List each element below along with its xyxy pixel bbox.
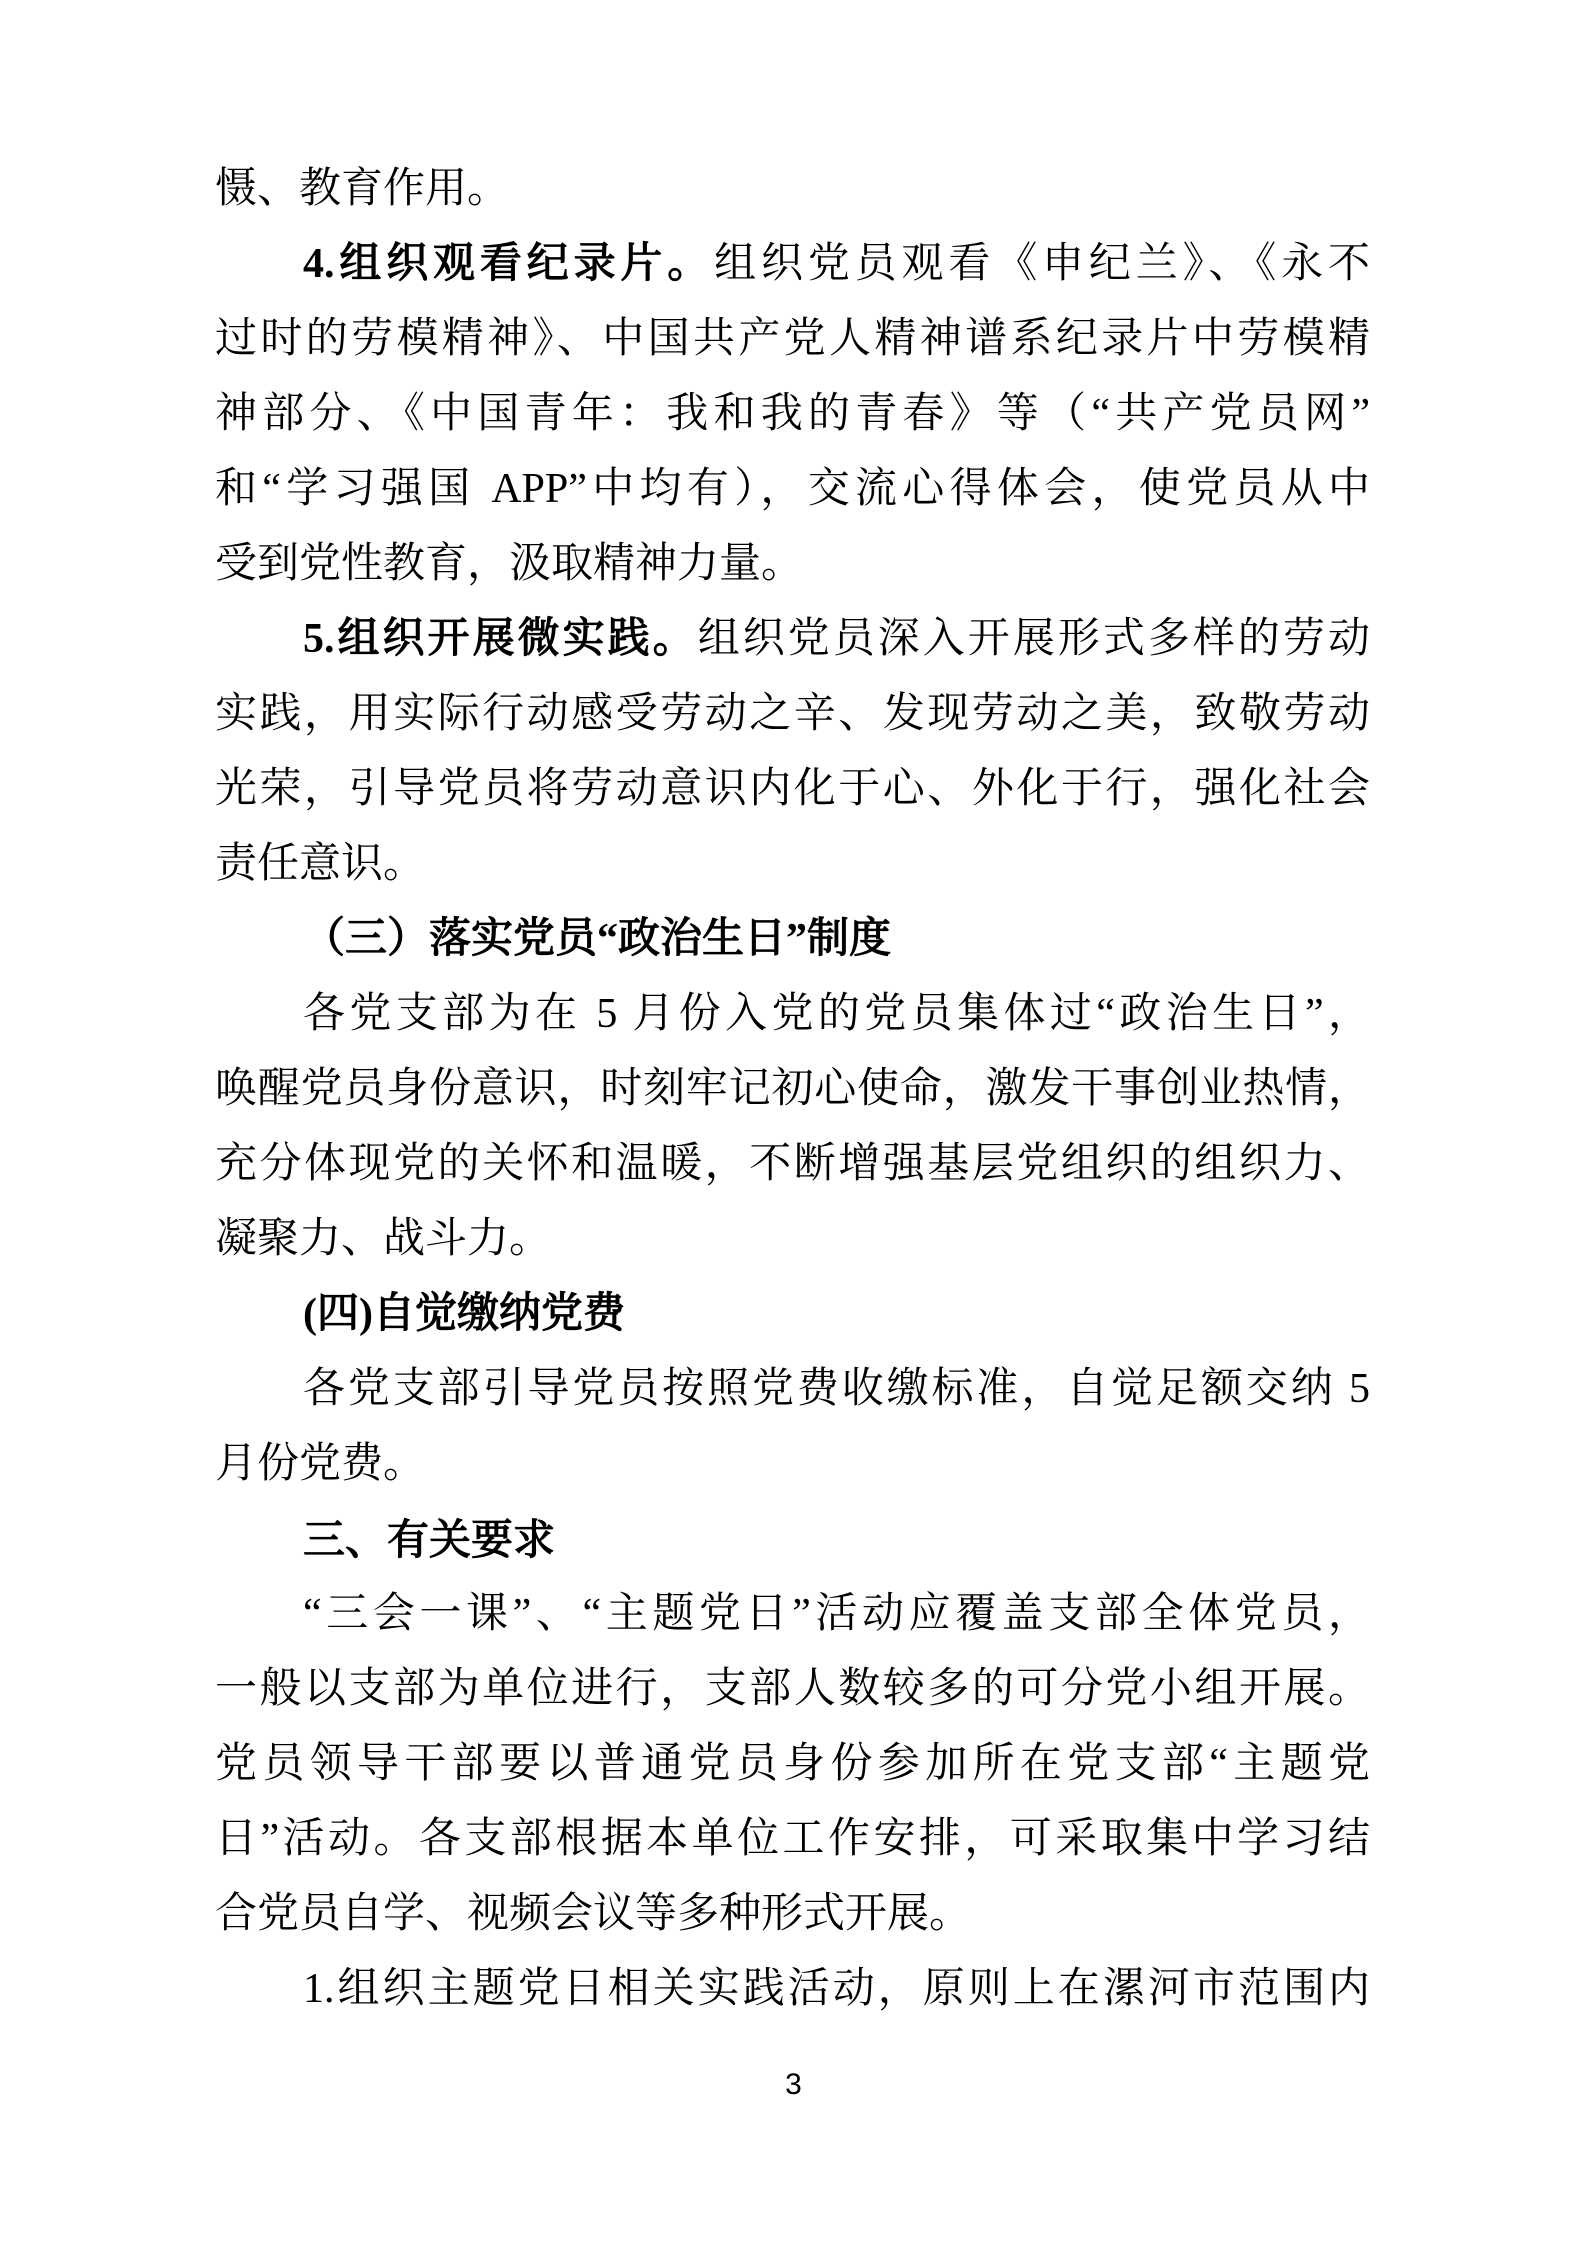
text-line: 和“学习强国 APP”中均有），交流心得体会，使党员从中 [215, 452, 1370, 527]
line-text: 党员领导干部要以普通党员身份参加所在党支部“主题党 [215, 1741, 1370, 1787]
line-text: 受到党性教育，汲取精神力量。 [215, 541, 803, 587]
text-line: 实践，用实际行动感受劳动之辛、发现劳动之美，致敬劳动 [215, 677, 1370, 752]
line-text: 月份党费。 [215, 1441, 425, 1487]
document-body: 慑、教育作用。4.组织观看纪录片。组织党员观看《申纪兰》、《永不过时的劳模精神》… [215, 152, 1370, 2027]
line-text: 三、有关要求 [303, 1516, 555, 1563]
bold-lead-text: 5.组织开展微实践。 [303, 616, 698, 662]
text-line: 5.组织开展微实践。组织党员深入开展形式多样的劳动 [215, 602, 1370, 677]
line-text: 凝聚力、战斗力。 [215, 1216, 551, 1262]
line-text: 充分体现党的关怀和温暖，不断增强基层党组织的组织力、 [215, 1141, 1370, 1187]
text-line: 各党支部引导党员按照党费收缴标准，自觉足额交纳 5 [215, 1352, 1370, 1427]
line-text: 慑、教育作用。 [215, 166, 509, 212]
document-page: 慑、教育作用。4.组织观看纪录片。组织党员观看《申纪兰》、《永不过时的劳模精神》… [0, 0, 1587, 2245]
text-line: “三会一课”、“主题党日”活动应覆盖支部全体党员， [215, 1577, 1370, 1652]
line-text: 各党支部为在 5 月份入党的党员集体过“政治生日”， [303, 991, 1370, 1037]
text-line: 唤醒党员身份意识，时刻牢记初心使命，激发干事创业热情， [215, 1052, 1370, 1127]
line-text: 各党支部引导党员按照党费收缴标准，自觉足额交纳 5 [303, 1366, 1370, 1412]
line-text: 神部分、《中国青年：我和我的青春》等（“共产党员网” [215, 391, 1370, 437]
line-text: 过时的劳模精神》、中国共产党人精神谱系纪录片中劳模精 [215, 316, 1370, 362]
line-text: 1.组织主题党日相关实践活动，原则上在漯河市范围内 [303, 1966, 1370, 2012]
text-line: 1.组织主题党日相关实践活动，原则上在漯河市范围内 [215, 1952, 1370, 2027]
text-line: 受到党性教育，汲取精神力量。 [215, 527, 1370, 602]
line-text: 责任意识。 [215, 841, 425, 887]
text-line: 慑、教育作用。 [215, 152, 1370, 227]
line-text: 组织党员深入开展形式多样的劳动 [698, 616, 1370, 662]
heading-line: (四)自觉缴纳党费 [215, 1277, 1370, 1352]
heading-line: （三）落实党员“政治生日”制度 [215, 902, 1370, 977]
text-line: 神部分、《中国青年：我和我的青春》等（“共产党员网” [215, 377, 1370, 452]
line-text: 合党员自学、视频会议等多种形式开展。 [215, 1891, 971, 1937]
line-text: 光荣，引导党员将劳动意识内化于心、外化于行，强化社会 [215, 766, 1370, 812]
line-text: （三）落实党员“政治生日”制度 [303, 916, 891, 962]
line-text: 日”活动。各支部根据本单位工作安排，可采取集中学习结 [215, 1816, 1370, 1862]
text-line: 过时的劳模精神》、中国共产党人精神谱系纪录片中劳模精 [215, 302, 1370, 377]
line-text: 一般以支部为单位进行，支部人数较多的可分党小组开展。 [215, 1666, 1370, 1712]
text-line: 4.组织观看纪录片。组织党员观看《申纪兰》、《永不 [215, 227, 1370, 302]
line-text: (四)自觉缴纳党费 [303, 1291, 625, 1337]
line-text: 和“学习强国 APP”中均有），交流心得体会，使党员从中 [215, 466, 1370, 512]
heading-line: 三、有关要求 [215, 1502, 1370, 1577]
text-line: 光荣，引导党员将劳动意识内化于心、外化于行，强化社会 [215, 752, 1370, 827]
line-text: 唤醒党员身份意识，时刻牢记初心使命，激发干事创业热情， [215, 1066, 1370, 1112]
line-text: 实践，用实际行动感受劳动之辛、发现劳动之美，致敬劳动 [215, 691, 1370, 737]
text-line: 党员领导干部要以普通党员身份参加所在党支部“主题党 [215, 1727, 1370, 1802]
text-line: 各党支部为在 5 月份入党的党员集体过“政治生日”， [215, 977, 1370, 1052]
text-line: 一般以支部为单位进行，支部人数较多的可分党小组开展。 [215, 1652, 1370, 1727]
text-line: 合党员自学、视频会议等多种形式开展。 [215, 1877, 1370, 1952]
text-line: 充分体现党的关怀和温暖，不断增强基层党组织的组织力、 [215, 1127, 1370, 1202]
line-text: 组织党员观看《申纪兰》、《永不 [714, 241, 1370, 287]
bold-lead-text: 4.组织观看纪录片。 [303, 241, 714, 287]
text-line: 责任意识。 [215, 827, 1370, 902]
text-line: 月份党费。 [215, 1427, 1370, 1502]
text-line: 凝聚力、战斗力。 [215, 1202, 1370, 1277]
text-line: 日”活动。各支部根据本单位工作安排，可采取集中学习结 [215, 1802, 1370, 1877]
page-number: 3 [0, 2063, 1587, 2107]
line-text: “三会一课”、“主题党日”活动应覆盖支部全体党员， [303, 1591, 1370, 1637]
